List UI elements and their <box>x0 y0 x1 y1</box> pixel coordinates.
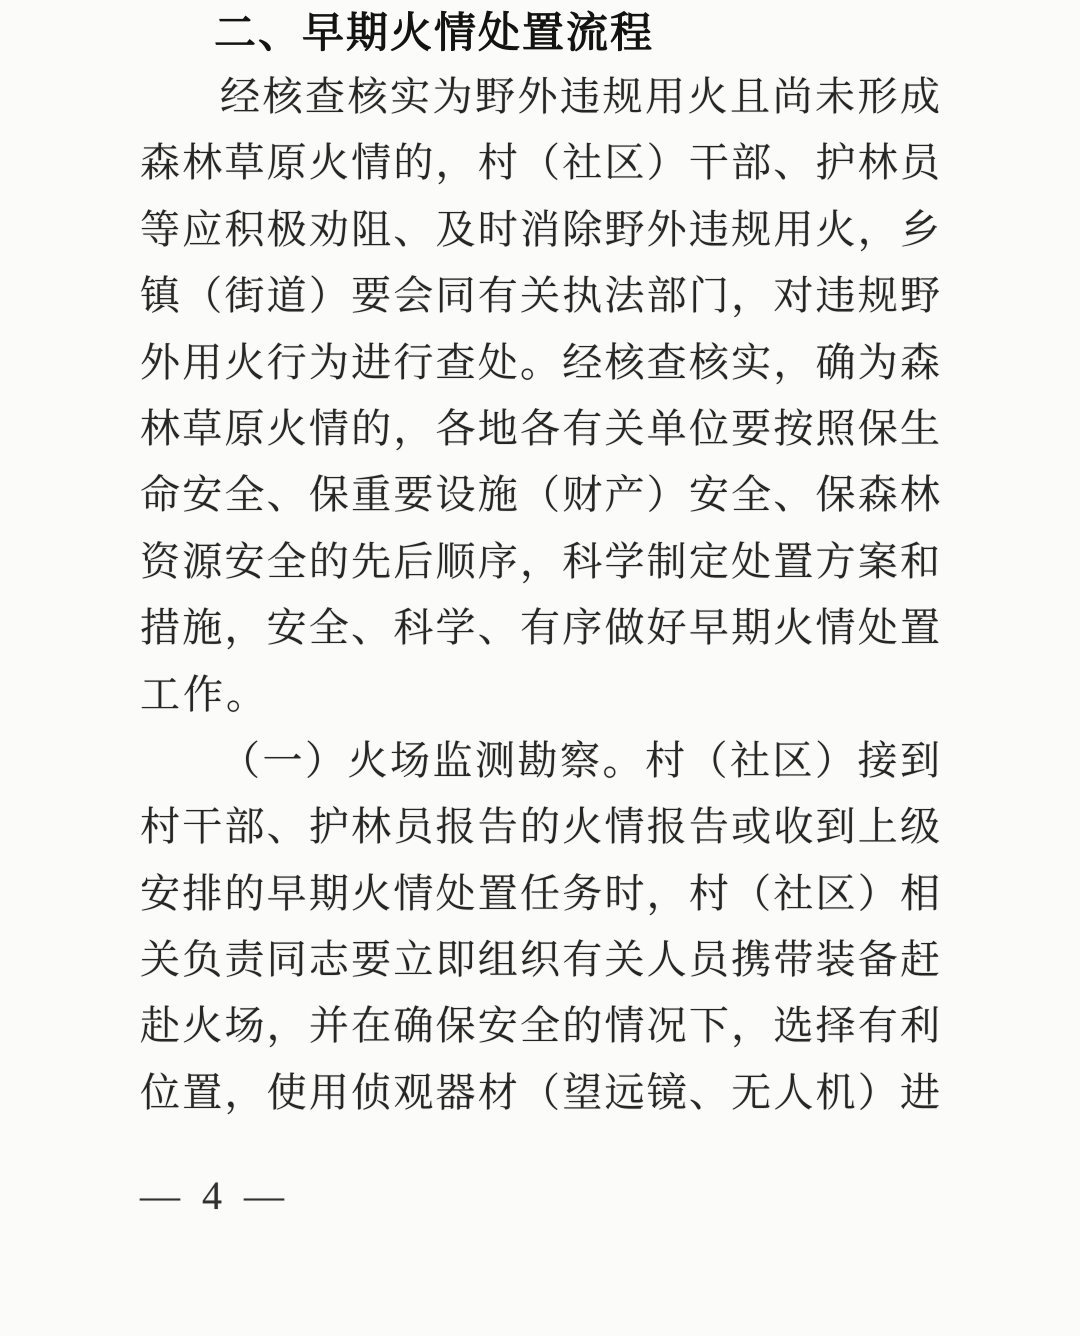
document-content: 二、早期火情处置流程 经核查核实为野外违规用火且尚未形成森林草原火情的，村（社区… <box>140 2 940 1126</box>
text-line: 位置，使用侦观器材（望远镜、无人机）进 <box>140 1060 940 1126</box>
paragraph: 经核查核实为野外违规用火且尚未形成森林草原火情的，村（社区）干部、护林员等应积极… <box>140 64 940 728</box>
section-heading: 二、早期火情处置流程 <box>140 2 940 64</box>
text-line: 资源安全的先后顺序，科学制定处置方案和 <box>140 529 940 595</box>
text-line: （一）火场监测勘察。村（社区）接到 <box>140 728 940 794</box>
text-line: 森林草原火情的，村（社区）干部、护林员 <box>140 130 940 196</box>
paragraph: （一）火场监测勘察。村（社区）接到村干部、护林员报告的火情报告或收到上级安排的早… <box>140 728 940 1126</box>
text-line: 村干部、护林员报告的火情报告或收到上级 <box>140 794 940 860</box>
text-line: 经核查核实为野外违规用火且尚未形成 <box>140 64 940 130</box>
text-line: 外用火行为进行查处。经核查核实，确为森 <box>140 330 940 396</box>
document-body: 经核查核实为野外违规用火且尚未形成森林草原火情的，村（社区）干部、护林员等应积极… <box>140 64 940 1126</box>
text-line: 镇（街道）要会同有关执法部门，对违规野 <box>140 263 940 329</box>
text-line: 工作。 <box>140 662 940 728</box>
text-line: 等应积极劝阻、及时消除野外违规用火，乡 <box>140 197 940 263</box>
text-line: 措施，安全、科学、有序做好早期火情处置 <box>140 595 940 661</box>
page-number: — 4 — <box>140 1168 290 1224</box>
text-line: 林草原火情的，各地各有关单位要按照保生 <box>140 396 940 462</box>
text-line: 关负责同志要立即组织有关人员携带装备赶 <box>140 927 940 993</box>
text-line: 命安全、保重要设施（财产）安全、保森林 <box>140 462 940 528</box>
text-line: 安排的早期火情处置任务时，村（社区）相 <box>140 861 940 927</box>
document-page: 二、早期火情处置流程 经核查核实为野外违规用火且尚未形成森林草原火情的，村（社区… <box>0 0 1080 1336</box>
text-line: 赴火场，并在确保安全的情况下，选择有利 <box>140 993 940 1059</box>
